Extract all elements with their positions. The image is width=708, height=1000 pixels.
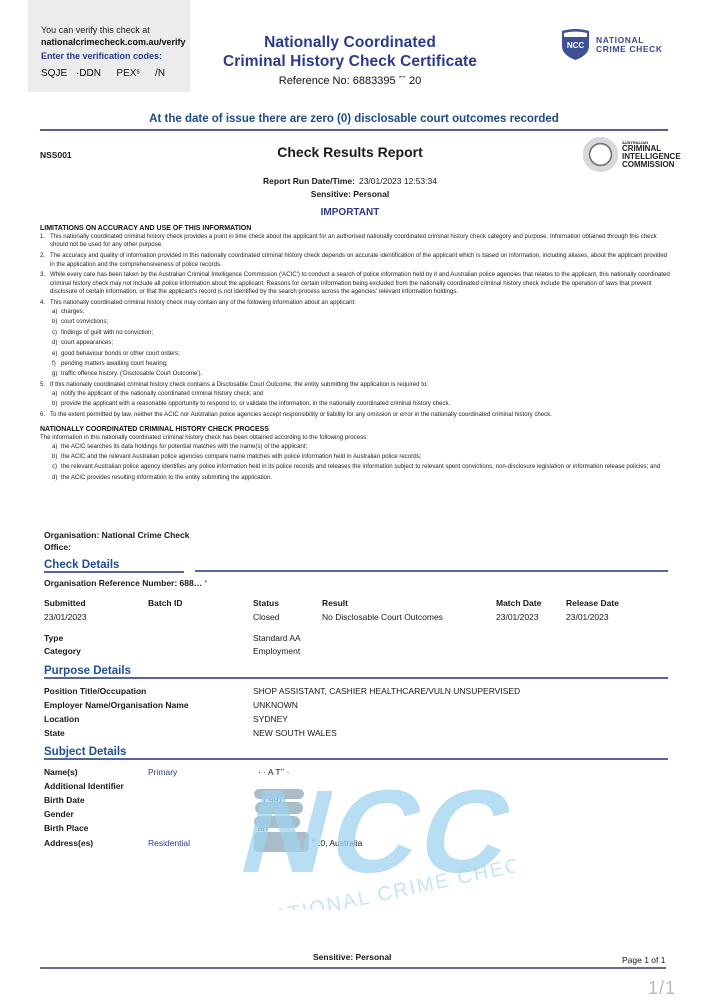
run-date-value: 23/01/2023 12:53:34: [359, 176, 437, 186]
purpose-value: SHOP ASSISTANT, CASHIER HEALTHCARE/VULN …: [253, 686, 520, 697]
subject-label: Birth Place: [44, 823, 88, 834]
org-reference-number: Organisation Reference Number: 688… ʼ: [44, 578, 207, 589]
limitation-item: 6.To the extent permitted by law, neithe…: [40, 411, 670, 419]
process-item-letter: b): [52, 453, 57, 461]
col-release-date: Release Date: [566, 598, 619, 609]
sub-item-text: good behaviour bonds or other court orde…: [61, 350, 180, 357]
col-submitted: Submitted: [44, 598, 86, 609]
item-text: To the extent permitted by law, neither …: [50, 411, 552, 418]
verification-codes: SQJE ·DDN PEXˢ /N: [41, 68, 190, 79]
subject-label: Name(s): [44, 767, 78, 778]
item-number: 4.: [40, 299, 45, 307]
sub-item: f)pending matters awaiting court hearing…: [52, 360, 670, 368]
process-item-letter: d): [52, 474, 57, 482]
sub-item-text: findings of guilt with no conviction;: [61, 329, 153, 336]
subject-details-heading: Subject Details: [44, 746, 126, 758]
limitation-item: 2.The accuracy and quality of informatio…: [40, 252, 670, 269]
purpose-label: Location: [44, 714, 79, 725]
organisation-block: Organisation: National Crime Check Offic…: [44, 529, 189, 553]
sub-item: d)court appearances;: [52, 339, 670, 347]
verification-prompt: Enter the verification codes:: [41, 49, 190, 63]
run-date-label: Report Run Date/Time:: [263, 176, 355, 186]
sub-item-letter: c): [52, 329, 57, 337]
report-title: Check Results Report: [200, 144, 500, 160]
col-match-date: Match Date: [496, 598, 541, 609]
sub-item-letter: b): [52, 400, 57, 408]
ncc-logo-text: NATIONAL CRIME CHECK: [596, 36, 663, 54]
limitation-item: 4.This nationally coordinated criminal h…: [40, 299, 670, 379]
sub-item: c)findings of guilt with no conviction;: [52, 329, 670, 337]
acic-seal-icon: [583, 137, 618, 172]
redaction-mark: [254, 816, 300, 828]
redaction-mark: [254, 789, 304, 799]
verification-code: /N: [155, 68, 190, 79]
sub-item-letter: d): [52, 339, 57, 347]
sub-item: g)traffic offence history. ('Disclosable…: [52, 370, 670, 378]
category-label: Category: [44, 646, 81, 657]
limitation-item: 1.This nationally coordinated criminal h…: [40, 233, 670, 250]
item-number: 2.: [40, 252, 45, 260]
subject-label: Additional Identifier: [44, 781, 124, 792]
acic-line3: COMMISSION: [622, 161, 681, 169]
sub-item-text: provide the applicant with a reasonable …: [61, 400, 450, 407]
limitations-heading: LIMITATIONS ON ACCURACY AND USE OF THIS …: [40, 224, 670, 233]
release-date-value: 23/01/2023: [566, 612, 609, 623]
sub-list: a)notify the applicant of the nationally…: [50, 390, 670, 409]
type-value: Standard AA: [253, 633, 301, 644]
limitation-item: 3.While every care has been taken by the…: [40, 271, 670, 296]
process-item: c)the relevant Australian police agency …: [52, 463, 670, 471]
col-batch-id: Batch ID: [148, 598, 182, 609]
important-heading: IMPORTANT: [200, 207, 500, 218]
ncc-shield-icon: NCC: [560, 28, 591, 61]
acic-logo: AUSTRALIAN CRIMINAL INTELLIGENCE COMMISS…: [583, 137, 681, 172]
certificate-title-line2: Criminal History Check Certificate: [200, 52, 500, 71]
subject-qualifier: Primary: [148, 767, 177, 778]
ncc-logo: NCC NATIONAL CRIME CHECK: [560, 28, 663, 61]
organisation-office: Office:: [44, 541, 189, 553]
sub-item: b)court convictions;: [52, 318, 670, 326]
process-item-text: the ACIC searches its data holdings for …: [61, 443, 307, 450]
check-details-heading: Check Details: [44, 559, 119, 571]
verification-url[interactable]: nationalcrimecheck.com.au/verify: [41, 36, 190, 49]
redaction-mark: [254, 832, 309, 852]
divider: [40, 129, 668, 131]
col-status: Status: [253, 598, 279, 609]
section-underline: [44, 571, 184, 573]
footer-sensitivity: Sensitive: Personal: [313, 952, 391, 962]
legal-text: LIMITATIONS ON ACCURACY AND USE OF THIS …: [40, 224, 670, 484]
sub-item: a)notify the applicant of the nationally…: [52, 390, 670, 398]
verification-box: You can verify this check at nationalcri…: [28, 0, 190, 92]
item-text: The accuracy and quality of information …: [50, 252, 667, 267]
sensitivity-label: Sensitive: Personal: [200, 189, 500, 199]
sub-item-text: court convictions;: [61, 318, 108, 325]
sub-item-text: pending matters awaiting court hearing;: [61, 360, 168, 367]
sub-item-letter: a): [52, 390, 57, 398]
section-underline: [195, 570, 668, 572]
col-result: Result: [322, 598, 348, 609]
process-item: d)the ACIC provides resulting informatio…: [52, 474, 670, 482]
purpose-label: Position Title/Occupation: [44, 686, 146, 697]
purpose-value: SYDNEY: [253, 714, 288, 725]
subject-qualifier: Residential: [148, 838, 190, 849]
ncc-logo-line2: CRIME CHECK: [596, 45, 663, 54]
verification-code: ·DDN: [76, 68, 116, 79]
purpose-details-heading: Purpose Details: [44, 665, 131, 677]
certificate-title: Nationally Coordinated Criminal History …: [200, 33, 500, 71]
sub-list: a)charges;b)court convictions;c)findings…: [50, 308, 670, 379]
svg-text:NATIONAL CRIME CHECK: NATIONAL CRIME CHECK: [257, 851, 515, 910]
sub-item-letter: g): [52, 370, 57, 378]
process-item: a)the ACIC searches its data holdings fo…: [52, 443, 670, 451]
purpose-label: Employer Name/Organisation Name: [44, 700, 189, 711]
redaction-mark: [255, 802, 303, 814]
result-value: No Disclosable Court Outcomes: [322, 612, 443, 623]
process-item-text: the relevant Australian police agency id…: [61, 463, 660, 470]
viewer-page-indicator: 1/1: [648, 978, 676, 999]
process-item-letter: a): [52, 443, 57, 451]
limitation-item: 5.If this nationally coordinated crimina…: [40, 381, 670, 409]
report-run-datetime: Report Run Date/Time:23/01/2023 12:53:34: [200, 176, 500, 186]
item-number: 5.: [40, 381, 45, 389]
process-item-text: the ACIC provides resulting information …: [61, 474, 272, 481]
item-text: While every care has been taken by the A…: [50, 271, 670, 295]
verification-code: PEXˢ: [116, 68, 155, 79]
sub-item: e)good behaviour bonds or other court or…: [52, 350, 670, 358]
sub-item-letter: f): [52, 360, 56, 368]
purpose-label: State: [44, 728, 65, 739]
certificate-title-line1: Nationally Coordinated: [200, 33, 500, 52]
sub-item-text: traffic offence history. ('Disclosable C…: [61, 370, 202, 377]
item-number: 3.: [40, 271, 45, 279]
reference-number: Reference No: 6883395 ˆˉ 20: [200, 75, 500, 87]
footer-divider: [40, 967, 666, 969]
sub-item-text: charges;: [61, 308, 84, 315]
section-underline: [44, 677, 668, 679]
sub-item-text: court appearances;: [61, 339, 113, 346]
sub-item-letter: e): [52, 350, 57, 358]
subject-label: Address(es): [44, 838, 93, 849]
item-text: This nationally coordinated criminal his…: [50, 299, 356, 306]
verification-code: SQJE: [41, 68, 76, 79]
process-section: NATIONALLY COORDINATED CRIMINAL HISTORY …: [40, 425, 670, 483]
item-text: This nationally coordinated criminal his…: [50, 233, 657, 248]
sub-item-letter: b): [52, 318, 57, 326]
section-underline: [44, 758, 668, 760]
process-item-letter: c): [52, 463, 57, 471]
report-code: NSS001: [40, 150, 72, 160]
subject-label: Gender: [44, 809, 74, 820]
match-date-value: 23/01/2023: [496, 612, 539, 623]
process-list: a)the ACIC searches its data holdings fo…: [40, 443, 670, 483]
item-number: 6.: [40, 411, 45, 419]
process-item-text: the ACIC and the relevant Australian pol…: [61, 453, 421, 460]
acic-logo-text: AUSTRALIAN CRIMINAL INTELLIGENCE COMMISS…: [622, 140, 681, 169]
outcome-banner: At the date of issue there are zero (0) …: [40, 113, 668, 125]
item-number: 1.: [40, 233, 45, 241]
process-item: b)the ACIC and the relevant Australian p…: [52, 453, 670, 461]
sub-item: b)provide the applicant with a reasonabl…: [52, 400, 670, 408]
purpose-value: NEW SOUTH WALES: [253, 728, 337, 739]
sub-item-letter: a): [52, 308, 57, 316]
item-text: If this nationally coordinated criminal …: [50, 381, 428, 388]
svg-text:NCC: NCC: [567, 41, 585, 50]
process-intro: The information in this nationally coord…: [40, 434, 670, 442]
status-value: Closed: [253, 612, 279, 623]
category-value: Employment: [253, 646, 300, 657]
verification-intro: You can verify this check at: [41, 24, 190, 36]
subject-label: Birth Date: [44, 795, 85, 806]
purpose-value: UNKNOWN: [253, 700, 298, 711]
subject-value: · · A Tʼʼ ·: [258, 767, 290, 778]
process-heading: NATIONALLY COORDINATED CRIMINAL HISTORY …: [40, 425, 670, 434]
type-label: Type: [44, 633, 63, 644]
limitations-list: 1.This nationally coordinated criminal h…: [40, 233, 670, 420]
submitted-value: 23/01/2023: [44, 612, 87, 623]
page-number: Page 1 of 1: [622, 955, 665, 965]
sub-item-text: notify the applicant of the nationally c…: [61, 390, 263, 397]
organisation-name: Organisation: National Crime Check: [44, 529, 189, 541]
sub-item: a)charges;: [52, 308, 670, 316]
